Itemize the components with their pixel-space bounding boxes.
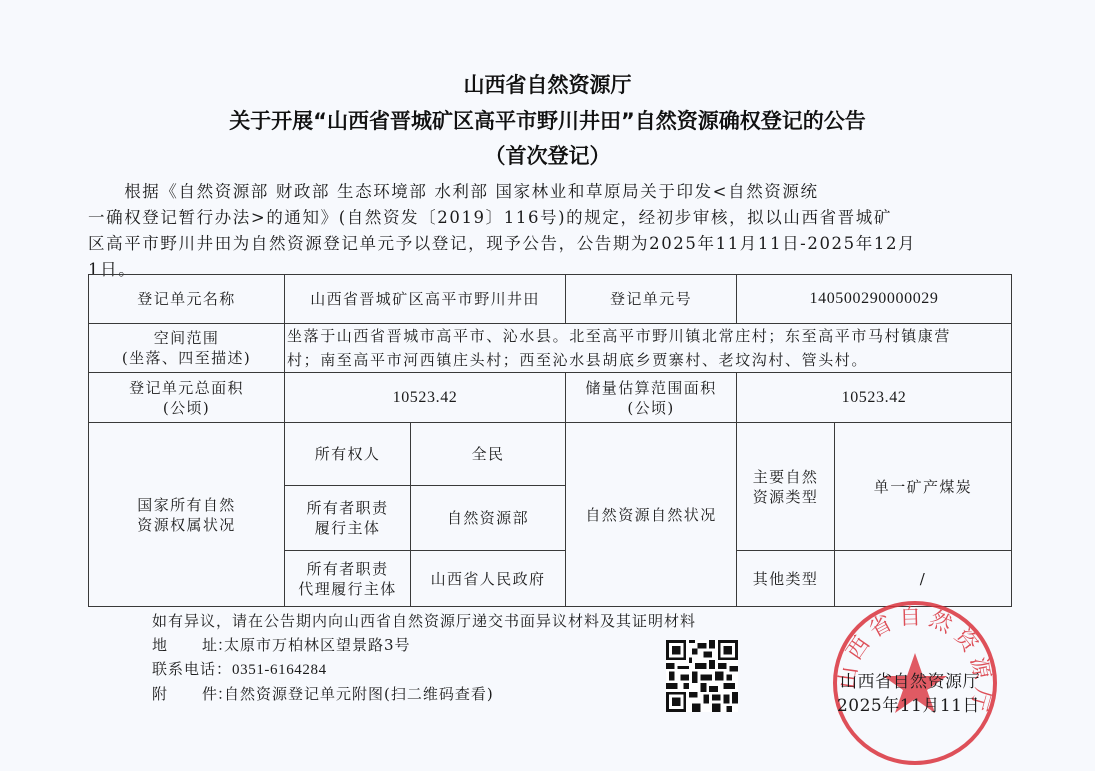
- unit-name-value: 山西省晋城矿区高平市野川井田: [285, 275, 566, 324]
- notice-footer: 如有异议，请在公告期内向山西省自然资源厅递交书面异议材料及其证明材料 地址：太原…: [152, 609, 696, 706]
- phone-value: 0351-6164284: [232, 662, 327, 678]
- duty-value: 自然资源部: [411, 486, 566, 551]
- notice-subtitle: （首次登记）: [0, 140, 1095, 170]
- agent-label: 所有者职责 代理履行主体: [285, 551, 411, 607]
- unit-name-label: 登记单元名称: [89, 275, 285, 324]
- notice-title: 关于开展“山西省晋城矿区高平市野川井田”自然资源确权登记的公告: [0, 105, 1095, 135]
- main-type-label: 主要自然 资源类型: [737, 423, 835, 551]
- scope-value: 坐落于山西省晋城市高平市、沁水县。北至高平市野川镇北常庄村；东至高平市马村镇康营…: [285, 324, 1012, 373]
- main-type-value: 单一矿产煤炭: [835, 423, 1012, 551]
- issuer-title: 山西省自然资源厅: [0, 69, 1095, 99]
- body-line: 区高平市野川井田为自然资源登记单元予以登记，现予公告，公告期为2025年11月1…: [88, 231, 1013, 257]
- nature-label: 自然资源自然状况: [566, 423, 737, 607]
- table-row: 登记单元名称 山西省晋城矿区高平市野川井田 登记单元号 140500290000…: [89, 275, 1012, 324]
- unit-no-label: 登记单元号: [566, 275, 737, 324]
- objection-text: 如有异议，请在公告期内向山西省自然资源厅递交书面异议材料及其证明材料: [152, 609, 696, 633]
- notice-body: 根据《自然资源部 财政部 生态环境部 水利部 国家林业和草原局关于印发<自然资源…: [88, 179, 1013, 283]
- table-row: 空间范围 (坐落、四至描述) 坐落于山西省晋城市高平市、沁水县。北至高平市野川镇…: [89, 324, 1012, 373]
- agent-value: 山西省人民政府: [411, 551, 566, 607]
- body-line: 根据《自然资源部 财政部 生态环境部 水利部 国家林业和草原局关于印发<自然资源…: [88, 179, 1013, 205]
- signer-date: 2025年11月11日: [820, 694, 980, 718]
- phone-row: 联系电话：0351-6164284: [152, 657, 696, 682]
- table-row: 国家所有自然 资源权属状况 所有权人 全民 自然资源自然状况 主要自然 资源类型…: [89, 423, 1012, 486]
- total-area-label: 登记单元总面积 (公顷): [89, 373, 285, 423]
- registration-table-main: 登记单元名称 山西省晋城矿区高平市野川井田 登记单元号 140500290000…: [88, 274, 1012, 607]
- other-type-label: 其他类型: [737, 551, 835, 607]
- owner-value: 全民: [411, 423, 566, 486]
- unit-no-value: 140500290000029: [737, 275, 1012, 324]
- duty-label: 所有者职责 履行主体: [285, 486, 411, 551]
- scope-label: 空间范围 (坐落、四至描述): [89, 324, 285, 373]
- attachment-value: 自然资源登记单元附图(扫二维码查看): [224, 685, 494, 703]
- attachment-row: 附件：自然资源登记单元附图(扫二维码查看): [152, 682, 696, 706]
- signature-block: 山西省自然资源厅 2025年11月11日: [820, 670, 980, 718]
- address-row: 地址：太原市万柏林区望景路3号: [152, 633, 696, 657]
- total-area-value: 10523.42: [285, 373, 566, 423]
- owner-label: 所有权人: [285, 423, 411, 486]
- table-row: 登记单元总面积 (公顷) 10523.42 储量估算范围面积 (公顷) 1052…: [89, 373, 1012, 423]
- body-line: 一确权登记暂行办法>的通知》(自然资发〔2019〕116号)的规定，经初步审核，…: [88, 205, 1013, 231]
- address-value: 太原市万柏林区望景路3号: [224, 636, 411, 654]
- reserve-area-value: 10523.42: [737, 373, 1012, 423]
- signer-org: 山西省自然资源厅: [820, 670, 980, 694]
- qr-code-icon[interactable]: [666, 640, 738, 712]
- ownership-label: 国家所有自然 资源权属状况: [89, 423, 285, 607]
- reserve-area-label: 储量估算范围面积 (公顷): [566, 373, 737, 423]
